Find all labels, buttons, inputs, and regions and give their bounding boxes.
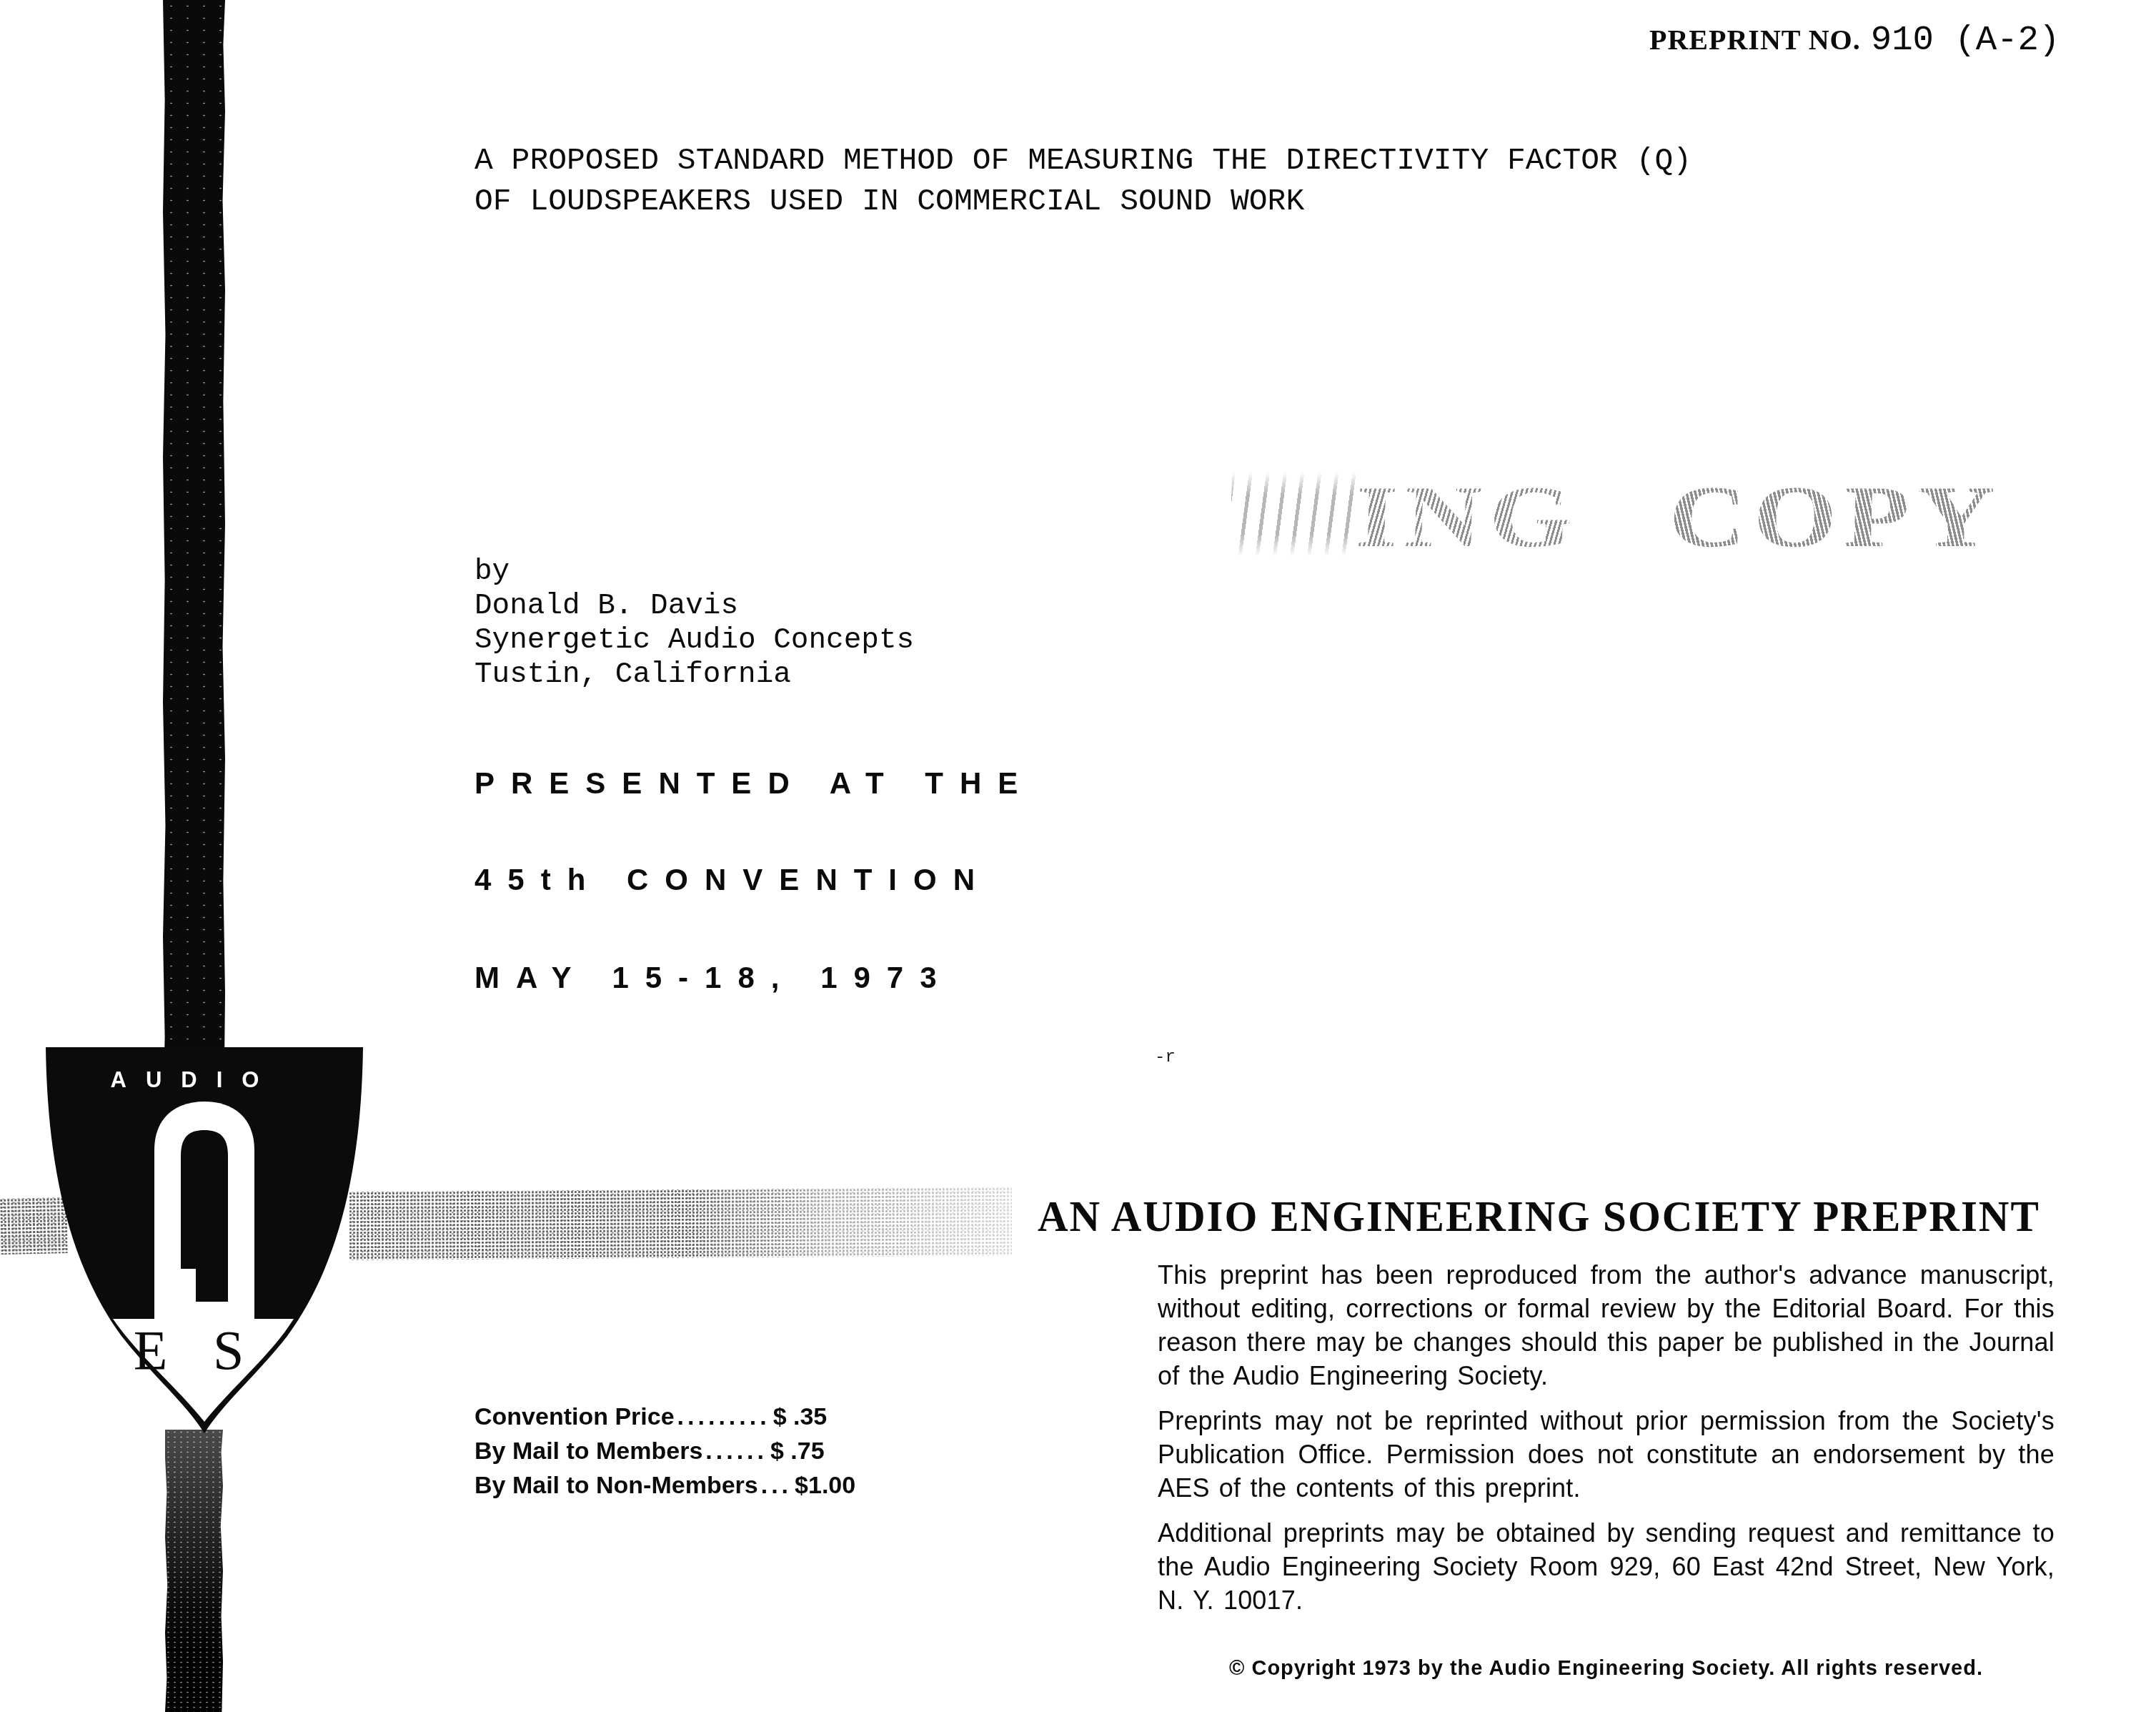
stamp-illegible-fragments bbox=[1230, 472, 1357, 561]
left-vertical-scan-bar-lower bbox=[165, 1430, 223, 1712]
logo-es-text: E S bbox=[134, 1319, 260, 1381]
stamp-word-1: ING bbox=[1354, 466, 1581, 567]
stamp-word-2: COPY bbox=[1668, 466, 2003, 567]
price-row: By Mail to Non-Members...$1.00 bbox=[475, 1468, 855, 1503]
notice-paragraph-3: Additional preprints may be obtained by … bbox=[1158, 1516, 2055, 1617]
aes-monogram-a-notch bbox=[196, 1269, 228, 1302]
price-value: $ .35 bbox=[773, 1403, 828, 1430]
price-list: Convention Price.........$ .35 By Mail t… bbox=[475, 1400, 855, 1503]
byline-by: by bbox=[475, 555, 914, 589]
price-row: By Mail to Members......$ .75 bbox=[475, 1434, 855, 1468]
logo-audio-text: AUDIO bbox=[111, 1067, 279, 1092]
paper-title: A PROPOSED STANDARD METHOD OF MEASURING … bbox=[475, 140, 1691, 222]
aes-logo: AUDIO E S bbox=[36, 1041, 373, 1442]
preprint-cover-page: PREPRINT NO.910 (A-2) A PROPOSED STANDAR… bbox=[0, 0, 2156, 1712]
aes-monogram-a-counter bbox=[181, 1130, 228, 1269]
price-value: $1.00 bbox=[795, 1472, 855, 1499]
halftone-smudge-band bbox=[349, 1187, 1012, 1260]
paper-title-line2: OF LOUDSPEAKERS USED IN COMMERCIAL SOUND… bbox=[475, 181, 1691, 222]
dot-leader: ......... bbox=[677, 1403, 770, 1430]
faded-stamp: ING COPY bbox=[1229, 466, 2003, 580]
left-vertical-scan-bar bbox=[163, 0, 225, 1115]
convention-date-line: MAY 15-18, 1973 bbox=[475, 961, 953, 995]
dot-leader: ... bbox=[761, 1472, 792, 1499]
preprint-label: PREPRINT NO. bbox=[1649, 24, 1861, 56]
dot-leader: ...... bbox=[705, 1438, 767, 1465]
notice-body: This preprint has been reproduced from t… bbox=[1158, 1258, 2055, 1628]
scan-speck-artifact: -r bbox=[1155, 1048, 1176, 1067]
notice-paragraph-1: This preprint has been reproduced from t… bbox=[1158, 1258, 2055, 1392]
copyright-line: © Copyright 1973 by the Audio Engineerin… bbox=[1158, 1657, 2055, 1681]
presented-line: PRESENTED AT THE bbox=[475, 766, 1034, 801]
author-block: by Donald B. Davis Synergetic Audio Conc… bbox=[475, 555, 914, 692]
price-row: Convention Price.........$ .35 bbox=[475, 1400, 855, 1434]
price-value: $ .75 bbox=[770, 1438, 825, 1465]
notice-heading: AN AUDIO ENGINEERING SOCIETY PREPRINT bbox=[1038, 1191, 2040, 1242]
author-name: Donald B. Davis bbox=[475, 589, 914, 623]
author-affiliation: Synergetic Audio Concepts bbox=[475, 623, 914, 658]
author-location: Tustin, California bbox=[475, 658, 914, 692]
preprint-number: 910 (A-2) bbox=[1871, 20, 2060, 60]
paper-title-line1: A PROPOSED STANDARD METHOD OF MEASURING … bbox=[475, 140, 1691, 181]
convention-line: 45th CONVENTION bbox=[475, 863, 991, 897]
preprint-number-line: PREPRINT NO.910 (A-2) bbox=[1649, 20, 2060, 60]
notice-paragraph-2: Preprints may not be reprinted without p… bbox=[1158, 1404, 2055, 1505]
